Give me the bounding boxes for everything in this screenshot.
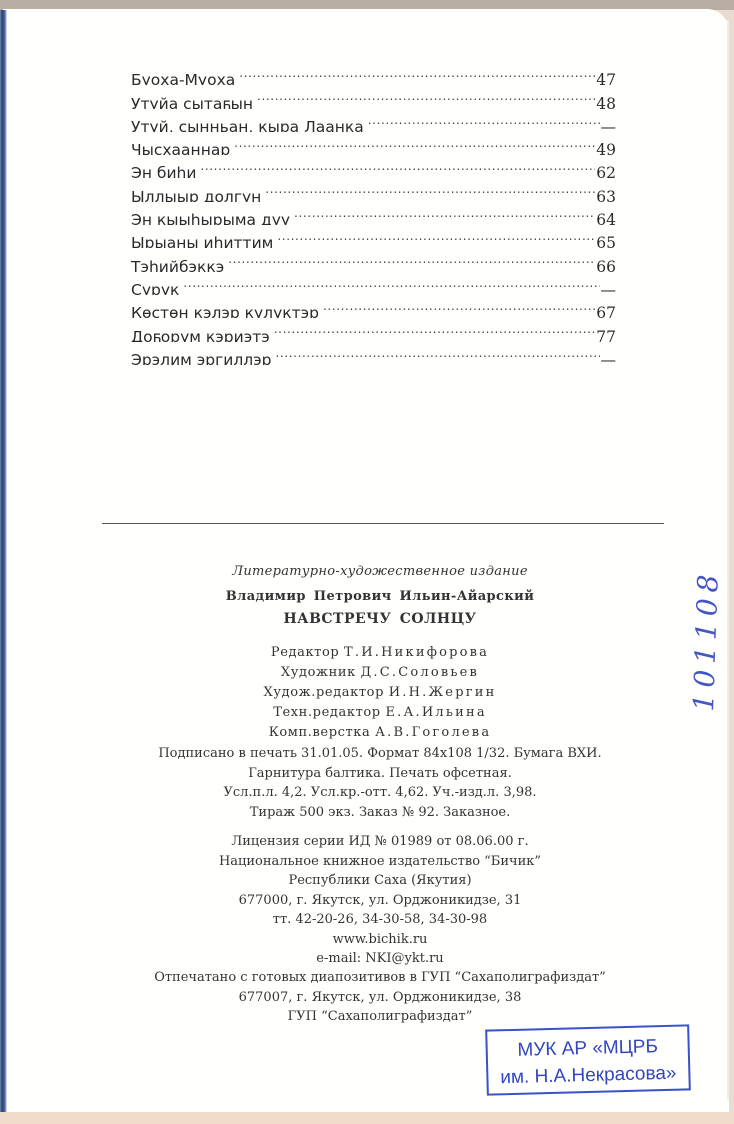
license-line: Национальное книжное издательство “Бичик… xyxy=(90,852,670,872)
printer-info: Отпечатано с готовых диапозитивов в ГУП … xyxy=(85,968,675,1027)
toc-entry-title: Утуй, сынньан, кыра Лаанка xyxy=(131,116,368,132)
toc-leader-dots xyxy=(200,155,595,178)
stamp-line: им. Н.А.Некрасова» xyxy=(488,1059,689,1091)
credit-name: Т.И.Никифорова xyxy=(344,645,489,660)
toc-leader-dots xyxy=(274,318,596,341)
toc-entry: Сурук— xyxy=(131,272,616,295)
print-info-line: Подписано в печать 31.01.05. Формат 84x1… xyxy=(85,744,675,764)
toc-entry: Көстөн кэлэр күлүктэр67 xyxy=(131,295,616,318)
toc-entry: Утуйа сытаҕын48 xyxy=(131,85,616,108)
page-edge xyxy=(727,20,729,1100)
print-info-line: Тираж 500 экз. Заказ № 92. Заказное. xyxy=(85,803,675,823)
toc-entry-title: Утуйа сытаҕын xyxy=(131,93,257,109)
print-info: Подписано в печать 31.01.05. Формат 84x1… xyxy=(85,744,675,822)
credit-line: Художник Д.С.Соловьев xyxy=(90,663,670,683)
toc-entry: Ырыаны иһиттим65 xyxy=(131,225,616,248)
toc-entry: Эн биһи62 xyxy=(131,155,616,178)
printer-line: Отпечатано с готовых диапозитивов в ГУП … xyxy=(85,968,675,988)
book-title: НАВСТРЕЧУ СОЛНЦУ xyxy=(90,611,670,627)
book-spine xyxy=(0,10,7,1112)
toc-entry: Тэһийбэккэ66 xyxy=(131,248,616,271)
scan-bottom-edge xyxy=(0,1112,734,1124)
toc-entry-title: Көстөн кэлэр күлүктэр xyxy=(131,302,323,318)
credit-line: Редактор Т.И.Никифорова xyxy=(90,643,670,663)
toc-entry-page: 67 xyxy=(595,302,616,318)
table-of-contents: Буоха-Муоха47Утуйа сытаҕын48Утуй, сынньа… xyxy=(131,62,616,365)
author-name: Владимир Петрович Ильин-Айарский xyxy=(90,589,670,604)
toc-entry-title: Тэһийбэккэ xyxy=(131,256,228,272)
toc-leader-dots xyxy=(257,85,595,108)
library-stamp: МУК АР «МЦРБ им. Н.А.Некрасова» xyxy=(485,1024,691,1095)
credits-list: Редактор Т.И.НикифороваХудожник Д.С.Соло… xyxy=(90,643,670,743)
toc-entry: Чысхааннар49 xyxy=(131,132,616,155)
toc-leader-dots xyxy=(265,178,595,201)
credit-name: И.Н.Жергин xyxy=(389,685,497,700)
credit-name: Е.А.Ильина xyxy=(385,705,486,720)
credit-line: Комп.верстка А.В.Гоголева xyxy=(90,723,670,743)
toc-entry-page: 64 xyxy=(595,209,616,225)
printer-line: 677007, г. Якутск, ул. Орджоникидзе, 38 xyxy=(85,988,675,1008)
toc-entry-title: Эрэлим эргиллэр xyxy=(131,349,276,365)
credit-role: Редактор xyxy=(271,645,339,660)
license-line: тт. 42-20-26, 34-30-58, 34-30-98 xyxy=(90,910,670,930)
print-info-line: Гарнитура балтика. Печать офсетная. xyxy=(85,764,675,784)
license-line: Лицензия серии ИД № 01989 от 08.06.00 г. xyxy=(90,832,670,852)
toc-leader-dots xyxy=(228,248,595,271)
toc-leader-dots xyxy=(239,62,595,85)
toc-leader-dots xyxy=(234,132,595,155)
license-line: 677000, г. Якутск, ул. Орджоникидзе, 31 xyxy=(90,891,670,911)
toc-entry-title: Ыллыыр долгун xyxy=(131,186,265,202)
credit-line: Техн.редактор Е.А.Ильина xyxy=(90,703,670,723)
toc-entry-page: 77 xyxy=(595,326,616,342)
credit-name: А.В.Гоголева xyxy=(375,725,491,740)
toc-entry-title: Чысхааннар xyxy=(131,139,234,155)
toc-entry-title: Сурук xyxy=(131,279,183,295)
toc-entry: Утуй, сынньан, кыра Лаанка— xyxy=(131,109,616,132)
publisher-license: Лицензия серии ИД № 01989 от 08.06.00 г.… xyxy=(90,832,670,969)
toc-entry-title: Буоха-Муоха xyxy=(131,69,239,85)
toc-entry-page: 47 xyxy=(595,69,616,85)
edition-type: Литературно-художественное издание xyxy=(90,564,670,579)
toc-entry-page: 65 xyxy=(595,232,616,248)
credit-name: Д.С.Соловьев xyxy=(361,665,479,680)
credit-role: Художник xyxy=(281,665,356,680)
credit-role: Техн.редактор xyxy=(273,705,381,720)
toc-entry: Эн кыыһырыма дуу64 xyxy=(131,202,616,225)
credit-line: Худож.редактор И.Н.Жергин xyxy=(90,683,670,703)
toc-leader-dots xyxy=(294,202,595,225)
toc-leader-dots xyxy=(276,342,600,365)
toc-entry: Эрэлим эргиллэр— xyxy=(131,342,616,365)
toc-leader-dots xyxy=(277,225,595,248)
toc-entry-page: 63 xyxy=(595,186,616,202)
license-line: www.bichik.ru xyxy=(90,930,670,950)
toc-entry: Доҕорум кэриэтэ77 xyxy=(131,318,616,341)
license-line: e-mail: NKI@ykt.ru xyxy=(90,949,670,969)
toc-entry-page: 66 xyxy=(595,256,616,272)
toc-entry-title: Эн биһи xyxy=(131,162,200,178)
print-info-line: Усл.п.л. 4,2. Усл.кр.-отт. 4,62. Уч.-изд… xyxy=(85,783,675,803)
printer-line: ГУП “Сахаполиграфиздат” xyxy=(85,1007,675,1027)
toc-entry-page: 48 xyxy=(595,93,616,109)
toc-entry-title: Эн кыыһырыма дуу xyxy=(131,209,294,225)
toc-leader-dots xyxy=(323,295,595,318)
toc-leader-dots xyxy=(368,109,600,132)
toc-entry-title: Ырыаны иһиттим xyxy=(131,232,277,248)
toc-entry-page: — xyxy=(600,116,617,132)
toc-entry-page: 62 xyxy=(595,162,616,178)
credit-role: Комп.верстка xyxy=(269,725,371,740)
toc-entry-page: — xyxy=(600,349,617,365)
toc-entry: Буоха-Муоха47 xyxy=(131,62,616,85)
toc-leader-dots xyxy=(183,272,599,295)
inventory-number: 101108 xyxy=(687,568,725,712)
credit-role: Худож.редактор xyxy=(264,685,384,700)
toc-entry: Ыллыыр долгун63 xyxy=(131,178,616,201)
license-line: Республики Саха (Якутия) xyxy=(90,871,670,891)
toc-entry-title: Доҕорум кэриэтэ xyxy=(131,326,274,342)
section-divider xyxy=(102,523,664,524)
toc-entry-page: — xyxy=(600,279,617,295)
toc-entry-page: 49 xyxy=(595,139,616,155)
